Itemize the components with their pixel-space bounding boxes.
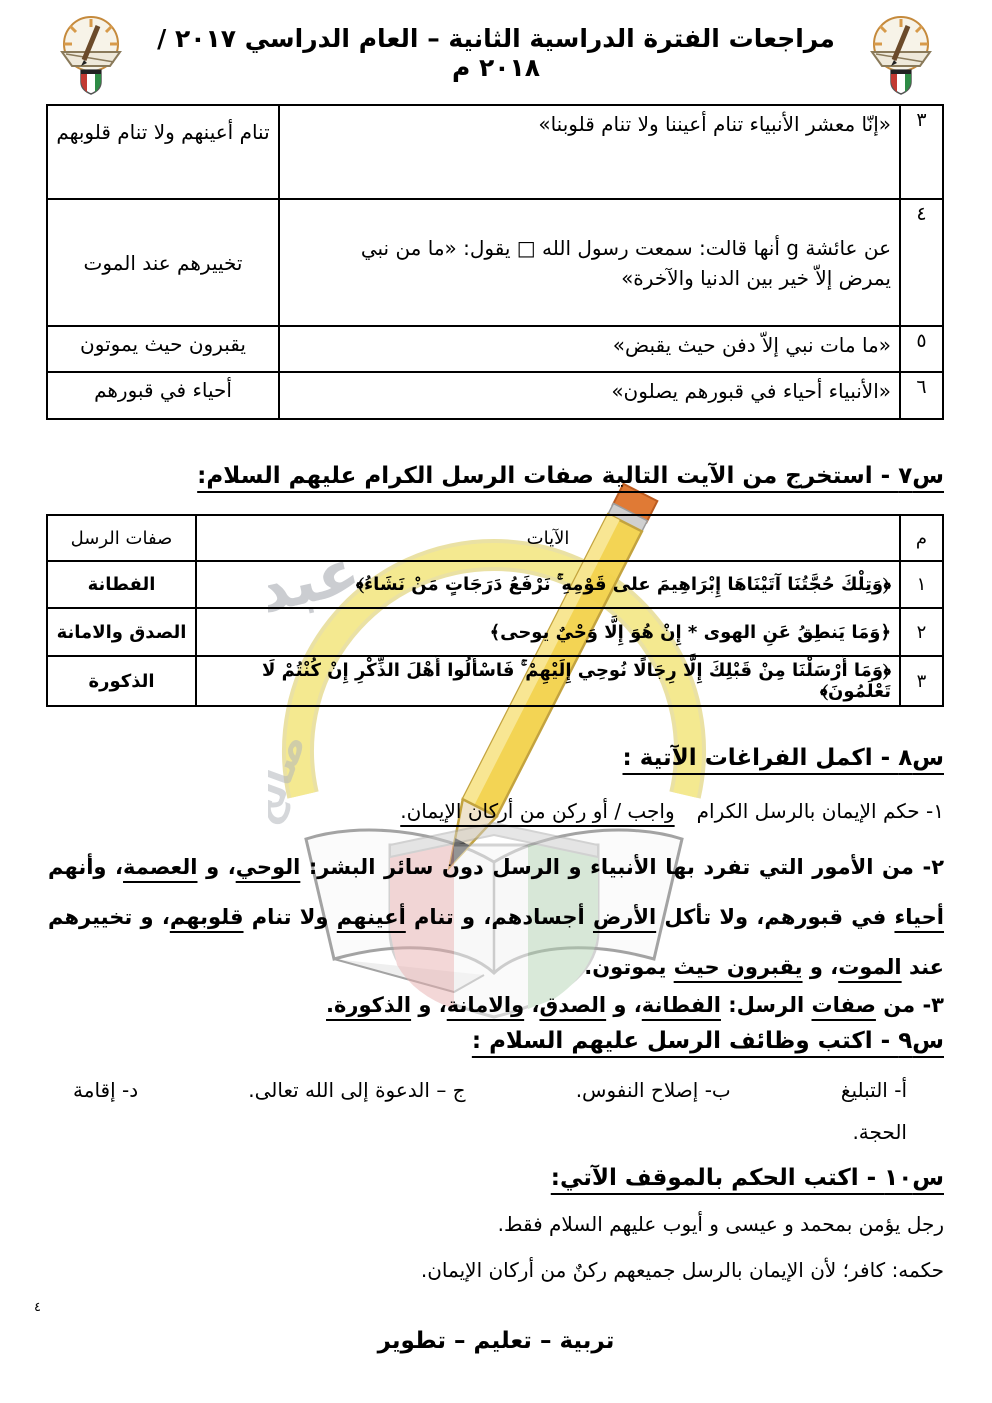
text-segment: الوحي bbox=[236, 855, 301, 879]
row-number: ٥ bbox=[900, 326, 943, 372]
table-row: ٣ ﴿وَمَا أَرْسَلْنَا مِنْ قَبْلِكَ إِلَّ… bbox=[47, 656, 943, 706]
text-segment: والامانة bbox=[447, 993, 524, 1017]
table-row: ٢ ﴿وَمَا يَنطِقُ عَنِ الهوى * إِنْ هُوَ … bbox=[47, 608, 943, 656]
school-logo-left-icon bbox=[54, 14, 128, 98]
text-segment: الرسل: bbox=[721, 993, 812, 1017]
q9-answers-row: أ- التبليغ ب- إصلاح النفوس. ج – الدعوة إ… bbox=[73, 1078, 907, 1102]
ayah-text: ﴿وَمَا أَرْسَلْنَا مِنْ قَبْلِكَ إِلَّا … bbox=[196, 656, 900, 706]
text-segment: الفطانة bbox=[642, 993, 721, 1017]
benefit-answer: تخييرهم عند الموت bbox=[47, 199, 279, 326]
attribute-answer: الصدق والامانة bbox=[47, 608, 196, 656]
row-number: ٦ bbox=[900, 372, 943, 419]
ayah-text: ﴿وَمَا يَنطِقُ عَنِ الهوى * إِنْ هُوَ إِ… bbox=[196, 608, 900, 656]
hadith-text: عن عائشة g أنها قالت: سمعت رسول الله □ ي… bbox=[279, 199, 900, 326]
q10-case-text: رجل يؤمن بمحمد و عيسى و أيوب عليهم السلا… bbox=[498, 1212, 944, 1236]
row-number: ٢ bbox=[900, 608, 943, 656]
footer-motto: تربية – تعليم – تطوير bbox=[0, 1328, 992, 1354]
hadith-benefits-table: ٣ «إنّا معشر الأنبياء تنام أعيننا ولا تن… bbox=[46, 104, 944, 420]
row-number: ١ bbox=[900, 561, 943, 608]
q8-item-1-answer: واجب / أو ركن من أركان الإيمان. bbox=[400, 799, 674, 823]
question-9-title: س٩ - اكتب وظائف الرسل عليهم السلام : bbox=[472, 1028, 944, 1054]
benefit-answer: تنام أعينهم ولا تنام قلوبهم bbox=[47, 105, 279, 199]
worksheet-page: عبدالله علي صالح bbox=[0, 0, 992, 1403]
q10-ruling-text: حكمه: كافر؛ لأن الإيمان بالرسل جميعهم رك… bbox=[421, 1258, 944, 1282]
table-header-row: م الآيات صفات الرسل bbox=[47, 515, 943, 561]
col-header-ayat: الآيات bbox=[196, 515, 900, 561]
q9-answer-b: ب- إصلاح النفوس. bbox=[576, 1078, 731, 1102]
text-segment: أجسادهم، و تنام bbox=[406, 905, 593, 929]
q9-answer-c: ج – الدعوة إلى الله تعالى. bbox=[248, 1078, 465, 1102]
table-row: ٦ «الأنبياء أحياء في قبورهم يصلون» أحياء… bbox=[47, 372, 943, 419]
text-segment: قلوبهم bbox=[170, 905, 244, 929]
col-header-attributes: صفات الرسل bbox=[47, 515, 196, 561]
question-7-title: س٧ - استخرج من الآيت التالية صفات الرسل … bbox=[197, 463, 944, 489]
row-number: ٤ bbox=[900, 199, 943, 326]
question-10-title: س١٠ - اكتب الحكم بالموقف الآتي: bbox=[551, 1165, 944, 1191]
text-segment: صفات bbox=[812, 993, 876, 1017]
row-number: ٣ bbox=[900, 105, 943, 199]
q8-item-1: ١- حكم الإيمان بالرسل الكرامواجب / أو رك… bbox=[400, 799, 944, 823]
q9-answer-d: د- إقامة bbox=[73, 1078, 138, 1102]
table-row: ٣ «إنّا معشر الأنبياء تنام أعيننا ولا تن… bbox=[47, 105, 943, 199]
hadith-text: «إنّا معشر الأنبياء تنام أعيننا ولا تنام… bbox=[279, 105, 900, 199]
text-segment: ، و bbox=[411, 993, 447, 1017]
question-8-title: س٨ - اكمل الفراغات الآتية : bbox=[623, 745, 945, 771]
text-segment: في قبورهم، ولا تأكل bbox=[656, 905, 894, 929]
q8-item-2: ٢- من الأمور التي تفرد بها الأنبياء و ال… bbox=[48, 842, 944, 992]
text-segment: ٣- من bbox=[876, 993, 944, 1017]
text-segment: العصمة bbox=[123, 855, 197, 879]
table-row: ٥ «ما مات نبي إلاّ دفن حيث يقبض» يقبرون … bbox=[47, 326, 943, 372]
school-logo-right-icon bbox=[864, 14, 938, 98]
text-segment: يقبرون حيث bbox=[674, 955, 803, 979]
page-title: مراجعات الفترة الدراسية الثانية – العام … bbox=[140, 24, 852, 82]
benefit-answer: أحياء في قبورهم bbox=[47, 372, 279, 419]
ayah-text: ﴿وَتِلْكَ حُجَّتُنَا آتَيْنَاهَا إِبْرَا… bbox=[196, 561, 900, 608]
q8-item-3: ٣- من صفات الرسل: الفطانة، و الصدق، والا… bbox=[326, 980, 944, 1030]
text-segment: ، bbox=[524, 993, 539, 1017]
q9-answer-a: أ- التبليغ bbox=[841, 1078, 907, 1102]
svg-text:صالح: صالح bbox=[268, 728, 314, 830]
page-number: ٤ bbox=[34, 1300, 41, 1315]
text-segment: ، و bbox=[606, 993, 642, 1017]
attribute-answer: الفطانة bbox=[47, 561, 196, 608]
text-segment: ، و bbox=[197, 855, 235, 879]
table-row: ٤ عن عائشة g أنها قالت: سمعت رسول الله □… bbox=[47, 199, 943, 326]
row-number: ٣ bbox=[900, 656, 943, 706]
text-segment: ولا تنام bbox=[244, 905, 337, 929]
text-segment: الأرض bbox=[593, 905, 656, 929]
text-segment: الموت bbox=[838, 955, 901, 979]
q9-answer-d-continuation: الحجة. bbox=[852, 1120, 907, 1144]
table-row: ١ ﴿وَتِلْكَ حُجَّتُنَا آتَيْنَاهَا إِبْر… bbox=[47, 561, 943, 608]
hadith-text: «ما مات نبي إلاّ دفن حيث يقبض» bbox=[279, 326, 900, 372]
text-segment: الصدق bbox=[539, 993, 606, 1017]
col-header-number: م bbox=[900, 515, 943, 561]
text-segment: ، و bbox=[803, 955, 839, 979]
hadith-text: «الأنبياء أحياء في قبورهم يصلون» bbox=[279, 372, 900, 419]
text-segment: يموتون. bbox=[584, 955, 673, 979]
benefit-answer: يقبرون حيث يموتون bbox=[47, 326, 279, 372]
text-segment: ٢- من الأمور التي تفرد بها الأنبياء و ال… bbox=[300, 855, 944, 879]
text-segment: أحياء bbox=[894, 905, 944, 929]
attribute-answer: الذكورة bbox=[47, 656, 196, 706]
text-segment: الذكورة. bbox=[326, 993, 411, 1017]
text-segment: ، وأنهم bbox=[48, 855, 123, 879]
q8-item-1-text: ١- حكم الإيمان بالرسل الكرام bbox=[697, 799, 944, 823]
ayat-attributes-table: م الآيات صفات الرسل ١ ﴿وَتِلْكَ حُجَّتُن… bbox=[46, 514, 944, 707]
text-segment: أعينهم bbox=[337, 905, 406, 929]
